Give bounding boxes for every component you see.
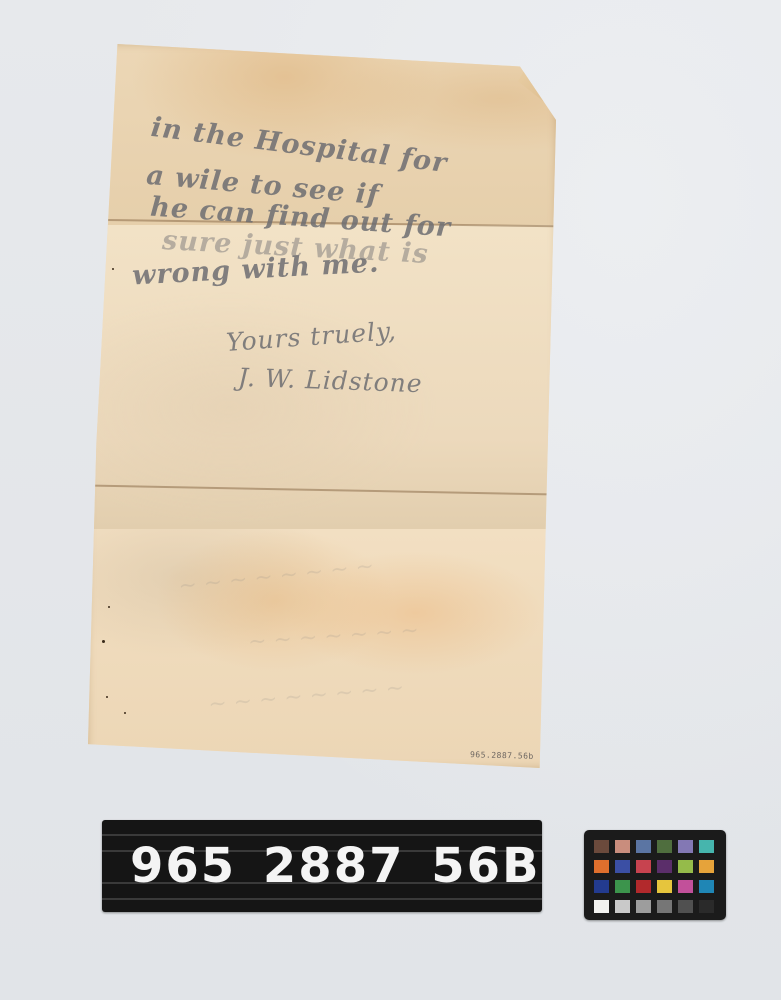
- color-swatch: [636, 860, 651, 873]
- foxing-spot: [102, 640, 105, 643]
- color-swatch: [699, 840, 714, 853]
- color-swatch: [678, 900, 693, 913]
- color-swatch: [699, 900, 714, 913]
- color-swatch: [657, 880, 672, 893]
- accession-number: 965 2887 56B: [130, 842, 541, 890]
- color-swatch: [657, 860, 672, 873]
- color-swatch: [594, 900, 609, 913]
- color-swatch: [699, 860, 714, 873]
- color-swatch: [594, 880, 609, 893]
- color-swatch: [615, 860, 630, 873]
- color-swatch: [636, 840, 651, 853]
- color-swatch: [657, 900, 672, 913]
- foxing-spot: [108, 606, 110, 608]
- foxing-spot: [112, 268, 114, 270]
- label-groove: [102, 898, 542, 900]
- color-swatch: [615, 900, 630, 913]
- paper-sheet: ~ ~ ~ ~ ~ ~ ~ ~ ~ ~ ~ ~ ~ ~ ~ ~ ~ ~ ~ ~ …: [88, 44, 556, 768]
- foxing-spot: [124, 712, 126, 714]
- color-swatch: [594, 840, 609, 853]
- letter-page: ~ ~ ~ ~ ~ ~ ~ ~ ~ ~ ~ ~ ~ ~ ~ ~ ~ ~ ~ ~ …: [88, 44, 556, 768]
- color-swatch: [615, 880, 630, 893]
- color-swatch: [657, 840, 672, 853]
- color-checker-card: [584, 830, 726, 920]
- color-swatch: [636, 900, 651, 913]
- accession-label-bar: 965 2887 56B: [102, 820, 542, 912]
- foxing-spot: [106, 696, 108, 698]
- color-swatch: [594, 860, 609, 873]
- color-swatch: [615, 840, 630, 853]
- color-swatch: [678, 860, 693, 873]
- color-swatch: [636, 880, 651, 893]
- label-groove: [102, 834, 542, 836]
- foxing-spot: [94, 754, 98, 757]
- color-swatch: [699, 880, 714, 893]
- color-swatch-grid: [594, 840, 714, 913]
- color-swatch: [678, 880, 693, 893]
- foxing-spot: [98, 302, 101, 305]
- pencil-accession-number: 965.2887.56b: [470, 750, 534, 761]
- color-swatch: [678, 840, 693, 853]
